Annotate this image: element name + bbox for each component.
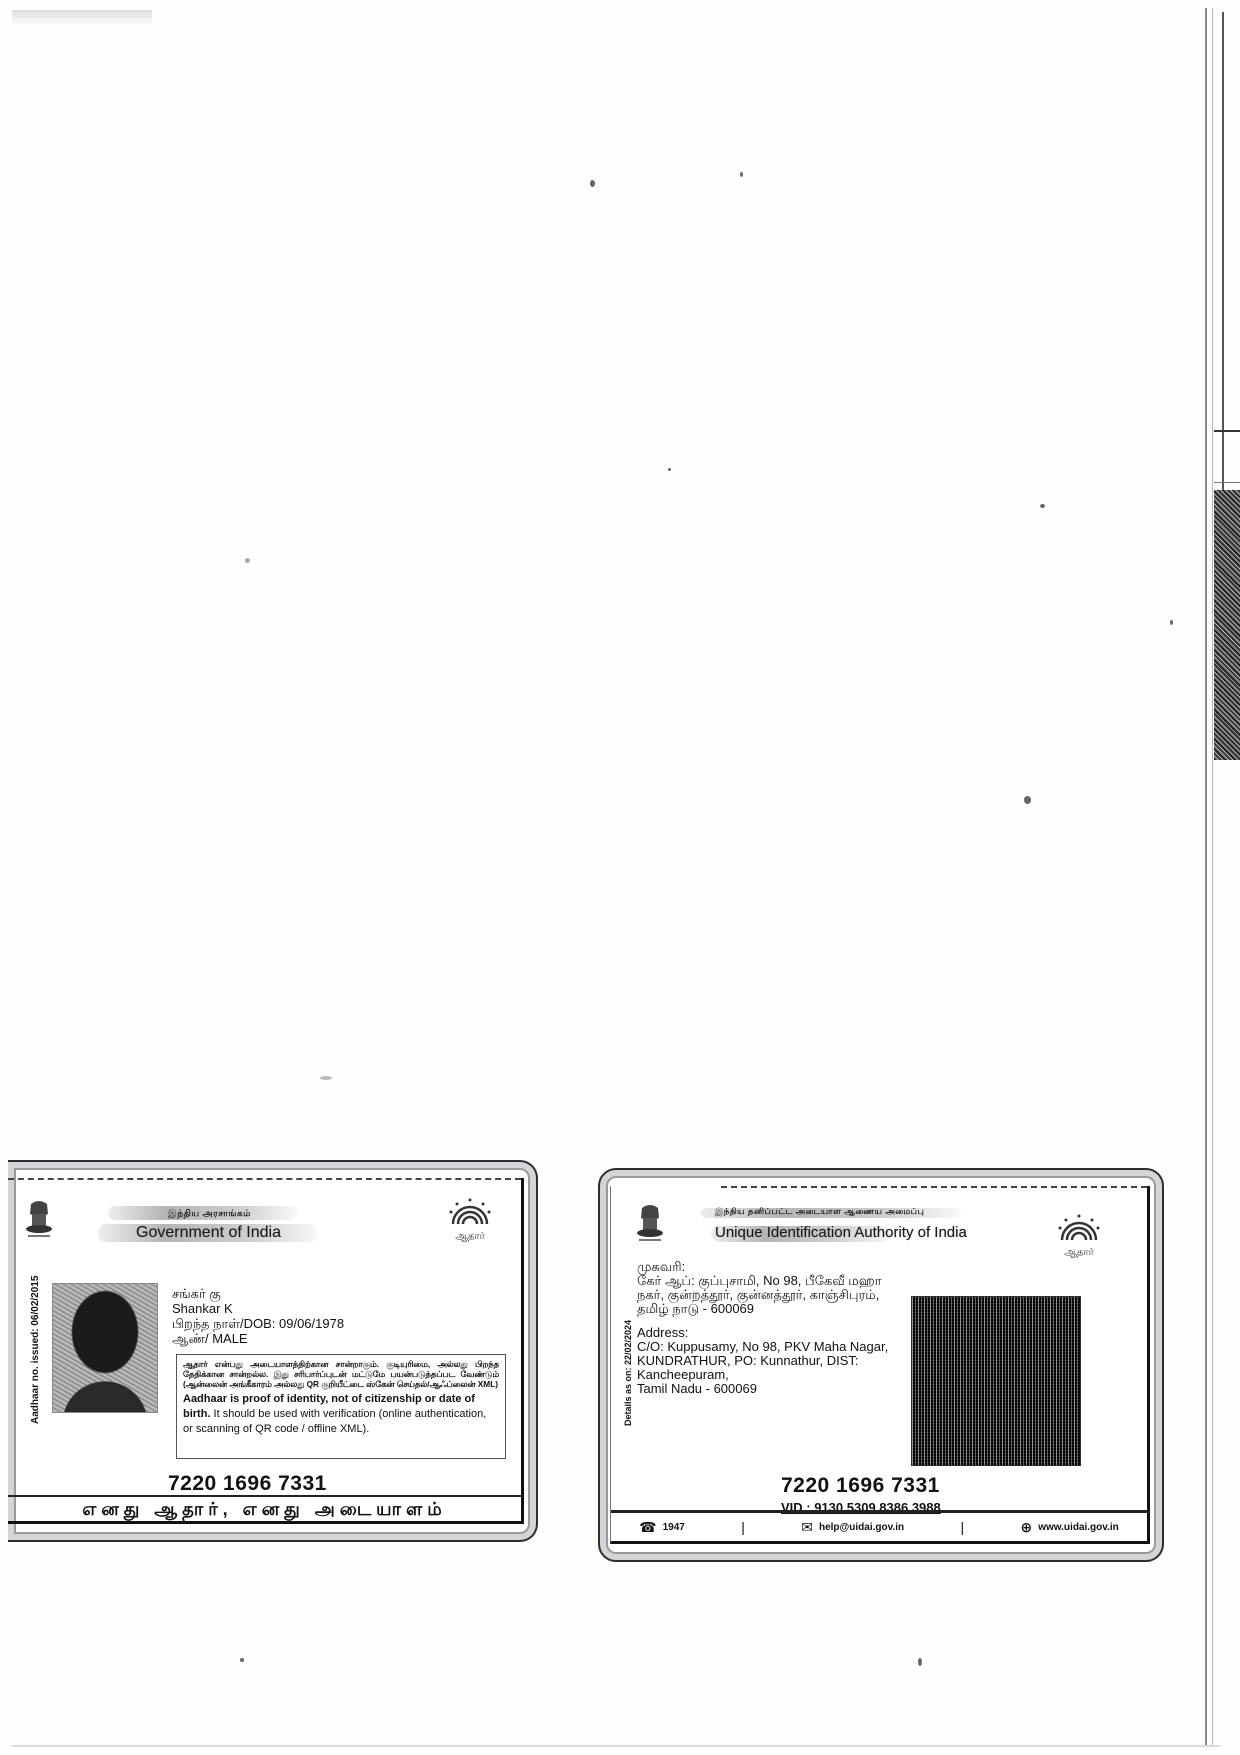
phone-icon: ☎	[639, 1519, 656, 1536]
scan-speck	[918, 1658, 922, 1666]
scan-speck	[668, 468, 671, 471]
national-emblem-icon	[633, 1204, 667, 1244]
aadhaar-number: 7220 1696 7331	[168, 1472, 327, 1496]
card-front-inner: இந்திய அரசாங்கம் Government of India ஆதா…	[8, 1178, 524, 1524]
gender: ஆண்/ MALE	[172, 1331, 344, 1346]
name-tamil: சங்கர் கு	[172, 1286, 344, 1301]
aadhaar-logo: ஆதார்	[442, 1198, 498, 1242]
disclaimer-tamil: ஆதார் என்பது அடையாளத்திற்கான சான்றாகும்.…	[183, 1359, 499, 1389]
aadhaar-front-card: இந்திய அரசாங்கம் Government of India ஆதா…	[8, 1160, 538, 1542]
address-tamil-line: நகர், குன்றத்தூர், குன்னத்தூர், காஞ்சிபு…	[637, 1288, 882, 1302]
scan-speck	[1024, 796, 1031, 804]
aadhaar-logo-label: ஆதார்	[442, 1231, 498, 1243]
header-uidai: Unique Identification Authority of India	[715, 1224, 967, 1241]
separator: |	[741, 1519, 745, 1535]
page-bottom-edge	[12, 1745, 1220, 1747]
scan-speck	[740, 172, 743, 177]
globe-icon: ⊕	[1020, 1519, 1032, 1536]
aadhaar-fingerprint-icon	[445, 1198, 495, 1228]
contact-bar: ☎ 1947 | ✉ help@uidai.gov.in | ⊕ www.uid…	[611, 1510, 1147, 1541]
header-tamil: இந்திய அரசாங்கம்	[168, 1208, 251, 1220]
bleed-through-qr	[1214, 490, 1240, 760]
email-address: help@uidai.gov.in	[819, 1522, 904, 1533]
address-tamil-line: தமிழ் நாடு - 600069	[637, 1302, 882, 1316]
header-tamil: இந்திய தனிப்பட்ட அடையாள ஆணைய அமைப்பு	[715, 1206, 924, 1218]
aadhaar-logo: ஆதார்	[1051, 1214, 1107, 1258]
national-emblem-icon	[22, 1200, 56, 1240]
phone-number: 1947	[663, 1522, 685, 1533]
issued-date-vertical: Aadhaar no. issued: 06/02/2015	[30, 1276, 41, 1424]
envelope-icon: ✉	[801, 1519, 813, 1536]
contact-website: ⊕ www.uidai.gov.in	[1020, 1519, 1118, 1536]
aadhaar-number: 7220 1696 7331	[781, 1474, 940, 1498]
separator: |	[960, 1519, 964, 1535]
aadhaar-fingerprint-icon	[1054, 1214, 1104, 1244]
slogan-bar: எனது ஆதார், எனது அடையாளம்	[8, 1495, 521, 1521]
address-tamil-line: கேர் ஆப்: குப்புசாமி, No 98, பீகேவீ மஹா	[637, 1274, 882, 1288]
address-english-line: Tamil Nadu - 600069	[637, 1382, 888, 1396]
holder-details: சங்கர் கு Shankar K பிறந்த நாள்/DOB: 09/…	[172, 1286, 344, 1346]
scan-speck	[245, 558, 250, 563]
disclaimer-box: ஆதார் என்பது அடையாளத்திற்கான சான்றாகும்.…	[176, 1354, 506, 1459]
scan-speck	[320, 1076, 332, 1080]
aadhaar-back-card: இந்திய தனிப்பட்ட அடையாள ஆணைய அமைப்பு Uni…	[598, 1168, 1164, 1562]
scan-speck	[590, 180, 595, 187]
bleed-through-card-edge	[1214, 430, 1240, 483]
qr-code	[911, 1296, 1081, 1466]
disclaimer-english-rest: It should be used with verification (onl…	[183, 1408, 486, 1435]
card-back-inner: இந்திய தனிப்பட்ட அடையாள ஆணைய அமைப்பு Uni…	[610, 1186, 1150, 1544]
name-english: Shankar K	[172, 1301, 344, 1316]
page-edge-line	[1212, 8, 1213, 1747]
details-date-vertical: Details as on: 22/02/2024	[623, 1320, 633, 1426]
date-of-birth: பிறந்த நாள்/DOB: 09/06/1978	[172, 1316, 344, 1331]
slogan-text: எனது ஆதார், எனது அடையாளம்	[82, 1499, 446, 1519]
address-label-english: Address:	[637, 1326, 888, 1340]
scan-speck	[1170, 620, 1173, 625]
address-english-line: Kancheepuram,	[637, 1368, 888, 1382]
address-english-line: C/O: Kuppusamy, No 98, PKV Maha Nagar,	[637, 1340, 888, 1354]
website-url: www.uidai.gov.in	[1038, 1522, 1119, 1533]
address-label-tamil: முகவரி:	[637, 1260, 882, 1274]
contact-phone: ☎ 1947	[639, 1519, 685, 1536]
address-tamil-block: முகவரி: கேர் ஆப்: குப்புசாமி, No 98, பீக…	[637, 1260, 882, 1316]
page-edge-line	[1205, 8, 1207, 1747]
holder-photo	[52, 1283, 158, 1413]
scan-speck	[1040, 504, 1045, 508]
aadhaar-logo-label: ஆதார்	[1051, 1247, 1107, 1259]
scan-shadow	[12, 10, 152, 26]
disclaimer-english: Aadhaar is proof of identity, not of cit…	[183, 1392, 499, 1437]
scan-speck	[240, 1658, 244, 1662]
address-english-line: KUNDRATHUR, PO: Kunnathur, DIST:	[637, 1354, 888, 1368]
contact-email: ✉ help@uidai.gov.in	[801, 1519, 904, 1536]
address-english-block: Address: C/O: Kuppusamy, No 98, PKV Maha…	[637, 1326, 888, 1396]
dashed-cut-line	[721, 1186, 1147, 1188]
dashed-cut-line	[8, 1178, 521, 1180]
header-government-of-india: Government of India	[136, 1224, 281, 1242]
